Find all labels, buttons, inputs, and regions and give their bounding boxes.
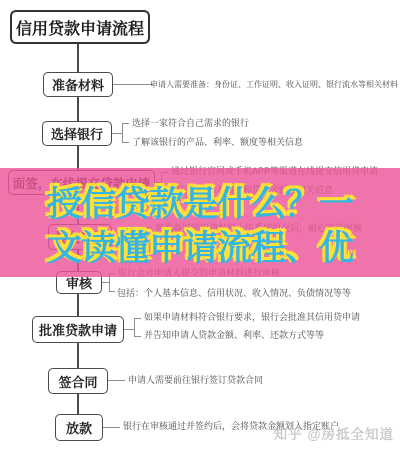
flowchart-canvas: 信用贷款申请流程 准备材料 申请人需要准备：身份证、工作证明、收入证明、银行流水… [0,0,400,449]
step-label: 批准贷款申请 [39,320,117,339]
step-label: 签合同 [58,372,97,391]
flowchart-title: 信用贷款申请流程 [16,16,144,39]
flowchart-title-box: 信用贷款申请流程 [10,10,150,44]
connector-line [108,380,125,381]
step-description: 申请人需要准备：身份证、工作证明、收入证明、银行流水等相关材料 [150,80,398,89]
connector-bracket [134,318,141,337]
connector-line [113,84,153,85]
connector-line [103,427,120,428]
connector-line [102,282,109,283]
step-description: 并告知申请人贷款金额、利率、还款方式等等 [144,330,324,340]
step-box-choose-bank: 选择银行 [42,121,112,146]
connector-bracket [122,123,129,143]
connector-line [124,329,134,330]
step-description: 了解该银行的产品、利率、额度等相关信息 [132,137,303,147]
step-box-approve-loan: 批准贷款申请 [32,316,124,343]
step-label: 准备材料 [52,75,104,94]
step-box-prepare-materials: 准备材料 [43,72,113,97]
step-description: 包括：个人基本信息、信用状况、收入情况、负债情况等等 [117,288,351,298]
overlay-headline-line1: 授信贷款是什么？一 [0,187,400,222]
step-label: 放款 [66,418,92,437]
step-description: 如果申请材料符合银行要求，银行会批准其信用贷申请 [144,312,360,322]
step-box-sign-contract: 签合同 [48,368,108,394]
watermark: 知乎 @房抵全知道 [274,423,394,443]
overlay-headline-line2: 文读懂申请流程、优 [0,231,400,266]
step-box-disbursement: 放款 [55,414,103,441]
step-description: 选择一家符合自己需求的银行 [132,118,249,128]
step-label: 选择银行 [51,124,103,143]
connector-line [112,133,122,134]
step-description: 申请人需要前往银行签订贷款合同 [128,375,263,385]
